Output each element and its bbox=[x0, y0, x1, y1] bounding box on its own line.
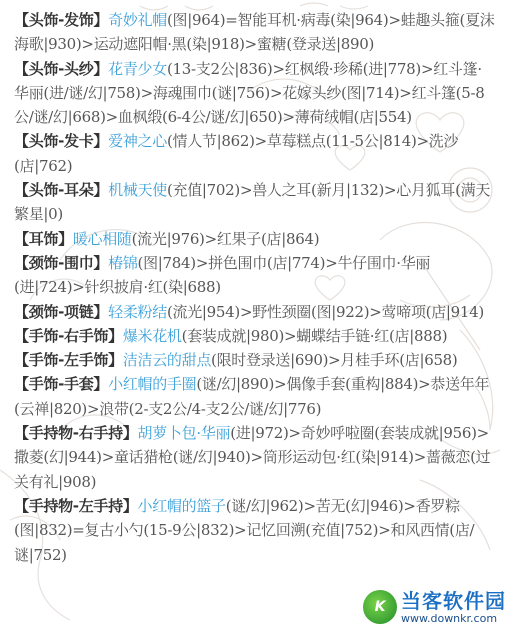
entry-headwear-veil: 【头饰-头纱】花青少女(13-支2公|836)>红枫缎·珍稀(进|778)>红斗… bbox=[14, 57, 496, 130]
watermark-site-name: 当客软件园 bbox=[401, 591, 506, 611]
watermark-url: www.downkr.com bbox=[401, 613, 506, 624]
entry-held-right: 【手持物-右手持】胡萝卜包·华丽(进|972)>奇妙呼啦圈(套装成就|956)>… bbox=[14, 421, 496, 494]
item-list: (套装成就|980)>蝴蝶结手链·红(店|888) bbox=[182, 327, 448, 345]
site-watermark: K 当客软件园 www.downkr.com bbox=[361, 588, 510, 626]
item-list: (流光|954)>野性颈圈(图|922)>莺啼项(店|914) bbox=[167, 303, 484, 321]
entry-hand-right: 【手饰-右手饰】爆米花机(套装成就|980)>蝴蝶结手链·红(店|888) bbox=[14, 324, 496, 348]
category-label: 【头饰-头纱】 bbox=[14, 60, 108, 78]
entry-held-left: 【手持物-左手持】小红帽的篮子(谜/幻|962)>苦无(幻|946)>香罗粽(图… bbox=[14, 494, 496, 567]
category-label: 【手饰-左手饰】 bbox=[14, 351, 123, 369]
top-item-name: 椿锦 bbox=[108, 254, 137, 272]
category-label: 【颈饰-项链】 bbox=[14, 303, 108, 321]
entry-hand-left: 【手饰-左手饰】洁洁云的甜点(限时登录送|690)>月桂手环(店|658) bbox=[14, 348, 496, 372]
category-label: 【头饰-耳朵】 bbox=[14, 181, 108, 199]
top-item-name: 洁洁云的甜点 bbox=[123, 351, 211, 369]
outfit-guide-text: 【头饰-发饰】奇妙礼帽(图|964)=智能耳机·病毒(染|964)>蛙趣头箍(夏… bbox=[0, 0, 516, 567]
entry-neck-scarf: 【颈饰-围巾】椿锦(图|784)>拼色围巾(店|774)>牛仔围巾·华丽(进|7… bbox=[14, 251, 496, 300]
entry-hand-gloves: 【手饰-手套】小红帽的手圈(谜/幻|890)>偶像手套(重构|884)>恭送年年… bbox=[14, 372, 496, 421]
category-label: 【手饰-右手饰】 bbox=[14, 327, 123, 345]
top-item-name: 胡萝卜包·华丽 bbox=[138, 424, 231, 442]
category-label: 【颈饰-围巾】 bbox=[14, 254, 108, 272]
top-item-name: 机械天使 bbox=[108, 181, 167, 199]
entry-neck-necklace: 【颈饰-项链】轻柔粉结(流光|954)>野性颈圈(图|922)>莺啼项(店|91… bbox=[14, 300, 496, 324]
top-item-name: 小红帽的篮子 bbox=[138, 497, 226, 515]
item-list: (流光|976)>红果子(店|864) bbox=[132, 230, 320, 248]
top-item-name: 爆米花机 bbox=[123, 327, 182, 345]
item-list: (限时登录送|690)>月桂手环(店|658) bbox=[211, 351, 457, 369]
top-item-name: 轻柔粉结 bbox=[108, 303, 167, 321]
category-label: 【头饰-发饰】 bbox=[14, 11, 108, 29]
site-logo-icon: K bbox=[363, 590, 397, 624]
category-label: 【耳饰】 bbox=[14, 230, 73, 248]
entry-headwear-ears: 【头饰-耳朵】机械天使(充值|702)>兽人之耳(新月|132)>心月狐耳(满天… bbox=[14, 178, 496, 227]
category-label: 【手持物-右手持】 bbox=[14, 424, 138, 442]
top-item-name: 花青少女 bbox=[108, 60, 167, 78]
category-label: 【头饰-发卡】 bbox=[14, 132, 108, 150]
category-label: 【手持物-左手持】 bbox=[14, 497, 138, 515]
top-item-name: 暖心相随 bbox=[73, 230, 132, 248]
entry-headwear-hair: 【头饰-发饰】奇妙礼帽(图|964)=智能耳机·病毒(染|964)>蛙趣头箍(夏… bbox=[14, 8, 496, 57]
entry-earrings: 【耳饰】暖心相随(流光|976)>红果子(店|864) bbox=[14, 227, 496, 251]
entry-headwear-hairpin: 【头饰-发卡】爱神之心(情人节|862)>草莓糕点(11-5公|814)>洗沙(… bbox=[14, 129, 496, 178]
top-item-name: 小红帽的手圈 bbox=[108, 375, 196, 393]
category-label: 【手饰-手套】 bbox=[14, 375, 108, 393]
top-item-name: 奇妙礼帽 bbox=[108, 11, 167, 29]
watermark-text: 当客软件园 www.downkr.com bbox=[401, 591, 506, 624]
top-item-name: 爱神之心 bbox=[108, 132, 167, 150]
